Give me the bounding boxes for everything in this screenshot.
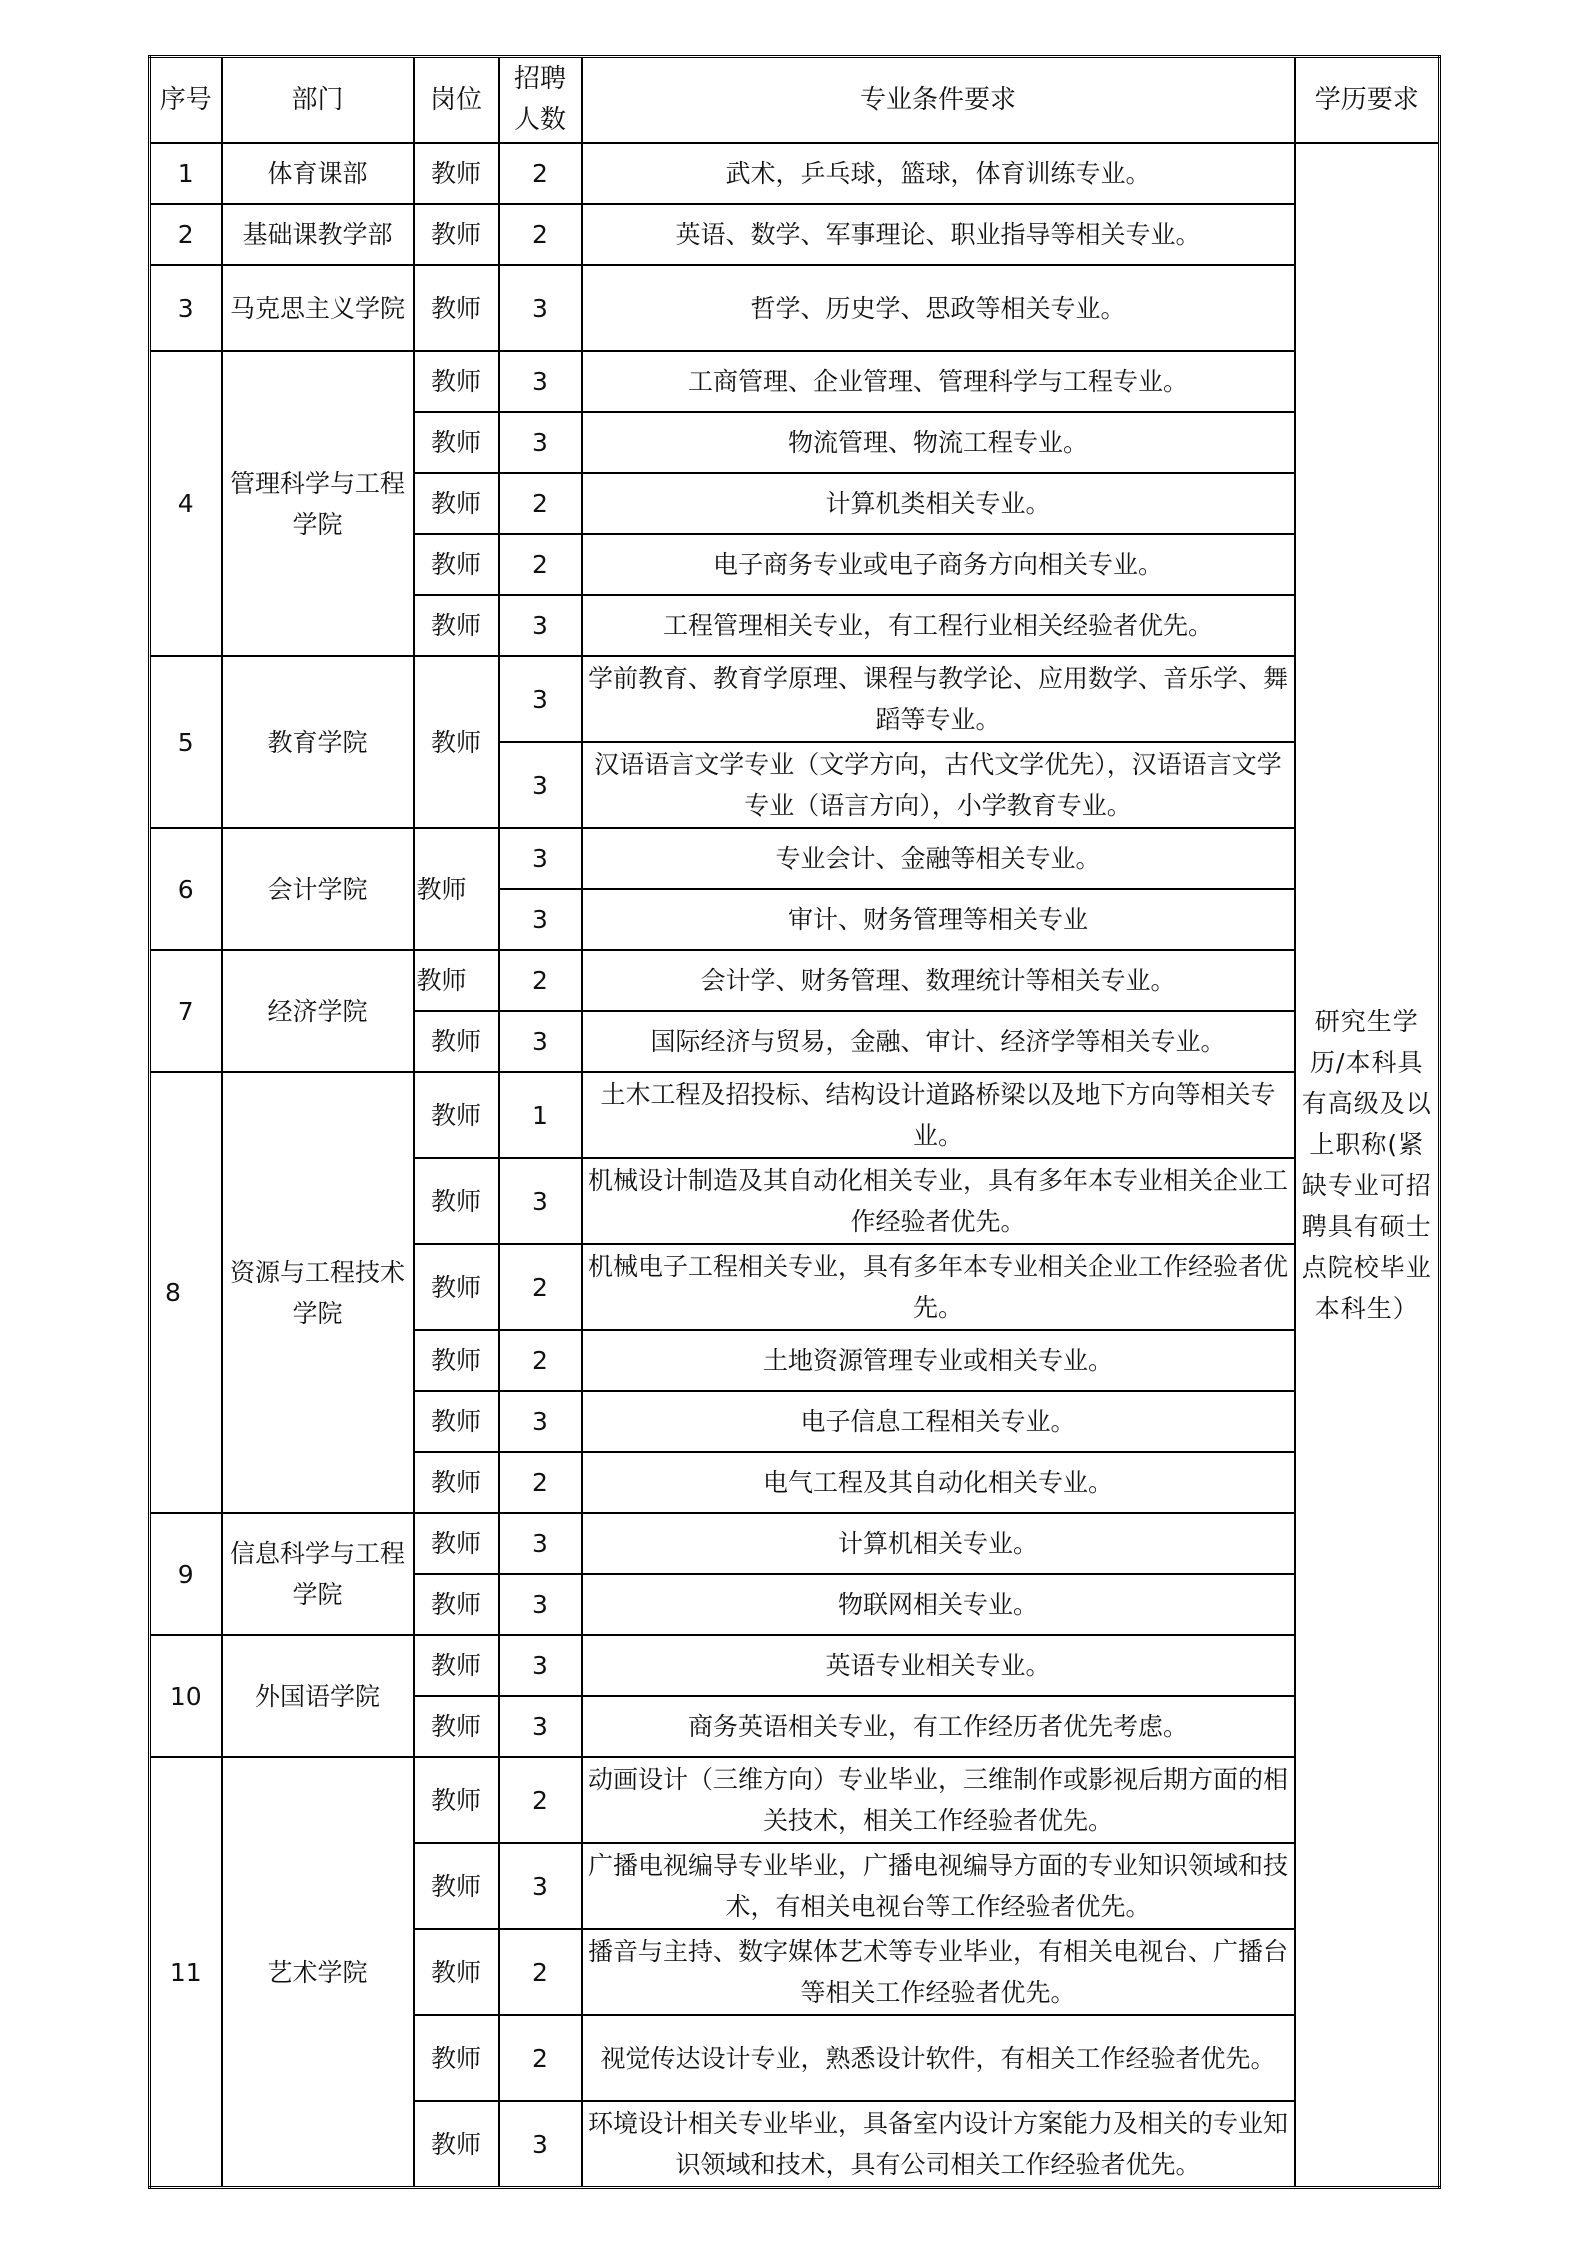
cell-count: 3 bbox=[499, 1513, 582, 1574]
table-row: 9 信息科学与工程学院 教师 3 计算机相关专业。 bbox=[150, 1513, 1440, 1574]
cell-post: 教师 bbox=[414, 412, 499, 473]
cell-post: 教师 bbox=[414, 204, 499, 265]
cell-major: 视觉传达设计专业，熟悉设计软件，有相关工作经验者优先。 bbox=[582, 2015, 1295, 2101]
cell-post: 教师 bbox=[414, 595, 499, 656]
cell-dept: 基础课教学部 bbox=[222, 204, 414, 265]
cell-major: 商务英语相关专业，有工作经历者优先考虑。 bbox=[582, 1696, 1295, 1757]
table-row: 7 经济学院 教师 2 会计学、财务管理、数理统计等相关专业。 bbox=[150, 950, 1440, 1011]
cell-count: 2 bbox=[499, 1757, 582, 1843]
cell-post: 教师 bbox=[414, 1072, 499, 1158]
cell-post: 教师 bbox=[414, 143, 499, 204]
cell-major: 物流管理、物流工程专业。 bbox=[582, 412, 1295, 473]
cell-post: 教师 bbox=[414, 1757, 499, 1843]
header-edu: 学历要求 bbox=[1295, 57, 1440, 144]
cell-count: 2 bbox=[499, 143, 582, 204]
cell-post: 教师 bbox=[414, 1635, 499, 1696]
cell-post: 教师 bbox=[414, 2015, 499, 2101]
cell-count: 1 bbox=[499, 1072, 582, 1158]
cell-count: 3 bbox=[499, 656, 582, 742]
table-row: 5 教育学院 教师 3 学前教育、教育学原理、课程与教学论、应用数学、音乐学、舞… bbox=[150, 656, 1440, 742]
cell-no: 3 bbox=[150, 265, 222, 351]
cell-count: 3 bbox=[499, 1843, 582, 1929]
cell-count: 3 bbox=[499, 2101, 582, 2188]
cell-dept: 资源与工程技术学院 bbox=[222, 1072, 414, 1513]
cell-post: 教师 bbox=[414, 1244, 499, 1330]
cell-post: 教师 bbox=[414, 950, 499, 1011]
cell-count: 2 bbox=[499, 204, 582, 265]
cell-major: 英语专业相关专业。 bbox=[582, 1635, 1295, 1696]
cell-major: 英语、数学、军事理论、职业指导等相关专业。 bbox=[582, 204, 1295, 265]
cell-dept: 艺术学院 bbox=[222, 1757, 414, 2188]
cell-count: 3 bbox=[499, 1696, 582, 1757]
cell-no: 6 bbox=[150, 828, 222, 950]
cell-post: 教师 bbox=[414, 828, 499, 950]
cell-dept: 信息科学与工程学院 bbox=[222, 1513, 414, 1635]
cell-post: 教师 bbox=[414, 1696, 499, 1757]
cell-major: 工商管理、企业管理、管理科学与工程专业。 bbox=[582, 351, 1295, 412]
cell-count: 3 bbox=[499, 1158, 582, 1244]
cell-count: 2 bbox=[499, 1330, 582, 1391]
cell-post: 教师 bbox=[414, 1574, 499, 1635]
cell-major: 土地资源管理专业或相关专业。 bbox=[582, 1330, 1295, 1391]
table-row: 3 马克思主义学院 教师 3 哲学、历史学、思政等相关专业。 bbox=[150, 265, 1440, 351]
cell-major: 学前教育、教育学原理、课程与教学论、应用数学、音乐学、舞蹈等专业。 bbox=[582, 656, 1295, 742]
cell-post: 教师 bbox=[414, 351, 499, 412]
cell-post: 教师 bbox=[414, 1513, 499, 1574]
cell-post: 教师 bbox=[414, 265, 499, 351]
table-row: 10 外国语学院 教师 3 英语专业相关专业。 bbox=[150, 1635, 1440, 1696]
cell-no: 9 bbox=[150, 1513, 222, 1635]
cell-count: 3 bbox=[499, 828, 582, 889]
cell-education-requirement: 研究生学历/本科具有高级及以上职称(紧缺专业可招聘具有硕士点院校毕业本科生） bbox=[1295, 143, 1440, 2188]
cell-major: 电子商务专业或电子商务方向相关专业。 bbox=[582, 534, 1295, 595]
cell-count: 2 bbox=[499, 534, 582, 595]
cell-major: 审计、财务管理等相关专业 bbox=[582, 889, 1295, 950]
cell-post: 教师 bbox=[414, 1391, 499, 1452]
table-row: 8 资源与工程技术学院 教师 1 土木工程及招投标、结构设计道路桥梁以及地下方向… bbox=[150, 1072, 1440, 1158]
table-row: 11 艺术学院 教师 2 动画设计（三维方向）专业毕业，三维制作或影视后期方面的… bbox=[150, 1757, 1440, 1843]
recruitment-table: 序号 部门 岗位 招聘人数 专业条件要求 学历要求 1 体育课部 教师 2 武术… bbox=[148, 55, 1441, 2189]
cell-dept: 外国语学院 bbox=[222, 1635, 414, 1757]
cell-count: 3 bbox=[499, 1391, 582, 1452]
cell-no: 4 bbox=[150, 351, 222, 656]
cell-dept: 体育课部 bbox=[222, 143, 414, 204]
cell-major: 电气工程及其自动化相关专业。 bbox=[582, 1452, 1295, 1513]
cell-post: 教师 bbox=[414, 1011, 499, 1072]
table-row: 2 基础课教学部 教师 2 英语、数学、军事理论、职业指导等相关专业。 bbox=[150, 204, 1440, 265]
cell-post: 教师 bbox=[414, 1452, 499, 1513]
cell-major: 土木工程及招投标、结构设计道路桥梁以及地下方向等相关专业。 bbox=[582, 1072, 1295, 1158]
cell-no: 1 bbox=[150, 143, 222, 204]
cell-post: 教师 bbox=[414, 534, 499, 595]
header-major: 专业条件要求 bbox=[582, 57, 1295, 144]
header-no: 序号 bbox=[150, 57, 222, 144]
table-row: 1 体育课部 教师 2 武术，乒乓球，篮球，体育训练专业。 研究生学历/本科具有… bbox=[150, 143, 1440, 204]
cell-count: 3 bbox=[499, 889, 582, 950]
cell-count: 2 bbox=[499, 2015, 582, 2101]
cell-count: 2 bbox=[499, 950, 582, 1011]
cell-major: 汉语语言文学专业（文学方向，古代文学优先），汉语语言文学专业（语言方向），小学教… bbox=[582, 742, 1295, 828]
cell-dept: 经济学院 bbox=[222, 950, 414, 1072]
cell-major: 播音与主持、数字媒体艺术等专业毕业，有相关电视台、广播台等相关工作经验者优先。 bbox=[582, 1929, 1295, 2015]
cell-major: 武术，乒乓球，篮球，体育训练专业。 bbox=[582, 143, 1295, 204]
cell-major: 工程管理相关专业，有工程行业相关经验者优先。 bbox=[582, 595, 1295, 656]
table-row: 4 管理科学与工程学院 教师 3 工商管理、企业管理、管理科学与工程专业。 bbox=[150, 351, 1440, 412]
cell-major: 计算机相关专业。 bbox=[582, 1513, 1295, 1574]
cell-major: 环境设计相关专业毕业，具备室内设计方案能力及相关的专业知识领域和技术，具有公司相… bbox=[582, 2101, 1295, 2188]
header-dept: 部门 bbox=[222, 57, 414, 144]
cell-major: 国际经济与贸易，金融、审计、经济学等相关专业。 bbox=[582, 1011, 1295, 1072]
cell-count: 3 bbox=[499, 742, 582, 828]
cell-no: 7 bbox=[150, 950, 222, 1072]
cell-count: 2 bbox=[499, 473, 582, 534]
cell-post: 教师 bbox=[414, 1929, 499, 2015]
cell-no: 8 bbox=[150, 1072, 222, 1513]
cell-major: 物联网相关专业。 bbox=[582, 1574, 1295, 1635]
cell-count: 3 bbox=[499, 412, 582, 473]
cell-post: 教师 bbox=[414, 656, 499, 828]
cell-count: 3 bbox=[499, 1011, 582, 1072]
cell-no: 5 bbox=[150, 656, 222, 828]
cell-major: 哲学、历史学、思政等相关专业。 bbox=[582, 265, 1295, 351]
cell-count: 3 bbox=[499, 265, 582, 351]
cell-major: 电子信息工程相关专业。 bbox=[582, 1391, 1295, 1452]
cell-post: 教师 bbox=[414, 1330, 499, 1391]
cell-count: 2 bbox=[499, 1244, 582, 1330]
cell-no: 10 bbox=[150, 1635, 222, 1757]
cell-count: 2 bbox=[499, 1452, 582, 1513]
cell-post: 教师 bbox=[414, 1158, 499, 1244]
header-row: 序号 部门 岗位 招聘人数 专业条件要求 学历要求 bbox=[150, 57, 1440, 144]
cell-dept: 教育学院 bbox=[222, 656, 414, 828]
cell-count: 3 bbox=[499, 351, 582, 412]
cell-major: 机械电子工程相关专业，具有多年本专业相关企业工作经验者优先。 bbox=[582, 1244, 1295, 1330]
cell-no: 11 bbox=[150, 1757, 222, 2188]
cell-major: 会计学、财务管理、数理统计等相关专业。 bbox=[582, 950, 1295, 1011]
table-row: 6 会计学院 教师 3 专业会计、金融等相关专业。 bbox=[150, 828, 1440, 889]
cell-major: 动画设计（三维方向）专业毕业，三维制作或影视后期方面的相关技术，相关工作经验者优… bbox=[582, 1757, 1295, 1843]
cell-dept: 会计学院 bbox=[222, 828, 414, 950]
cell-major: 广播电视编导专业毕业，广播电视编导方面的专业知识领域和技术，有相关电视台等工作经… bbox=[582, 1843, 1295, 1929]
cell-count: 2 bbox=[499, 1929, 582, 2015]
cell-major: 机械设计制造及其自动化相关专业，具有多年本专业相关企业工作经验者优先。 bbox=[582, 1158, 1295, 1244]
cell-no: 2 bbox=[150, 204, 222, 265]
cell-major: 专业会计、金融等相关专业。 bbox=[582, 828, 1295, 889]
cell-post: 教师 bbox=[414, 1843, 499, 1929]
cell-dept: 马克思主义学院 bbox=[222, 265, 414, 351]
cell-count: 3 bbox=[499, 1574, 582, 1635]
cell-post: 教师 bbox=[414, 2101, 499, 2188]
cell-count: 3 bbox=[499, 1635, 582, 1696]
cell-count: 3 bbox=[499, 595, 582, 656]
header-count: 招聘人数 bbox=[499, 57, 582, 144]
header-post: 岗位 bbox=[414, 57, 499, 144]
cell-dept: 管理科学与工程学院 bbox=[222, 351, 414, 656]
cell-major: 计算机类相关专业。 bbox=[582, 473, 1295, 534]
cell-post: 教师 bbox=[414, 473, 499, 534]
